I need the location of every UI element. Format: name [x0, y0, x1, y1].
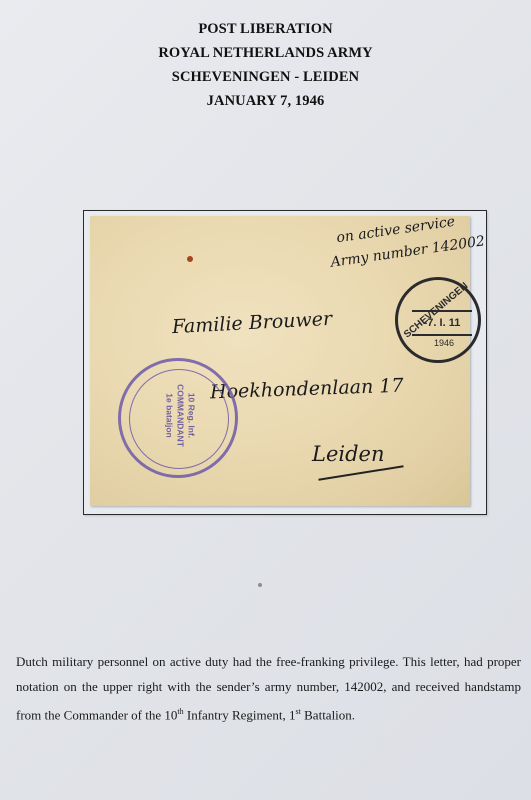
commander-handstamp: 10 Reg. Inf. COMMANDANT 1e bataljon: [118, 358, 238, 478]
header-line-3: SCHEVENINGEN - LEIDEN: [0, 65, 531, 89]
caption-part-2: Infantry Regiment, 1: [184, 707, 296, 722]
header-line-4: JANUARY 7, 1946: [0, 89, 531, 113]
postmark-year: 1946: [434, 338, 454, 348]
handstamp-line-2: COMMANDANT: [175, 381, 186, 451]
handstamp-line-3: 1e bataljon: [164, 381, 175, 451]
handstamp-line-1: 10 Reg. Inf.: [186, 381, 197, 451]
stain-spot: [187, 256, 193, 262]
postmark-cancel: SCHEVENINGEN -7. I. 11 1946: [395, 277, 481, 363]
handstamp-center-text: 10 Reg. Inf. COMMANDANT 1e bataljon: [164, 381, 197, 451]
page-dot: [258, 583, 262, 587]
caption-part-3: Battalion.: [301, 707, 355, 722]
postmark-date: -7. I. 11: [412, 310, 472, 336]
address-city: Leiden: [312, 442, 385, 466]
caption-text: Dutch military personnel on active duty …: [16, 649, 521, 727]
header-line-1: POST LIBERATION: [0, 17, 531, 41]
page-header: POST LIBERATION ROYAL NETHERLANDS ARMY S…: [0, 17, 531, 113]
header-line-2: ROYAL NETHERLANDS ARMY: [0, 41, 531, 65]
